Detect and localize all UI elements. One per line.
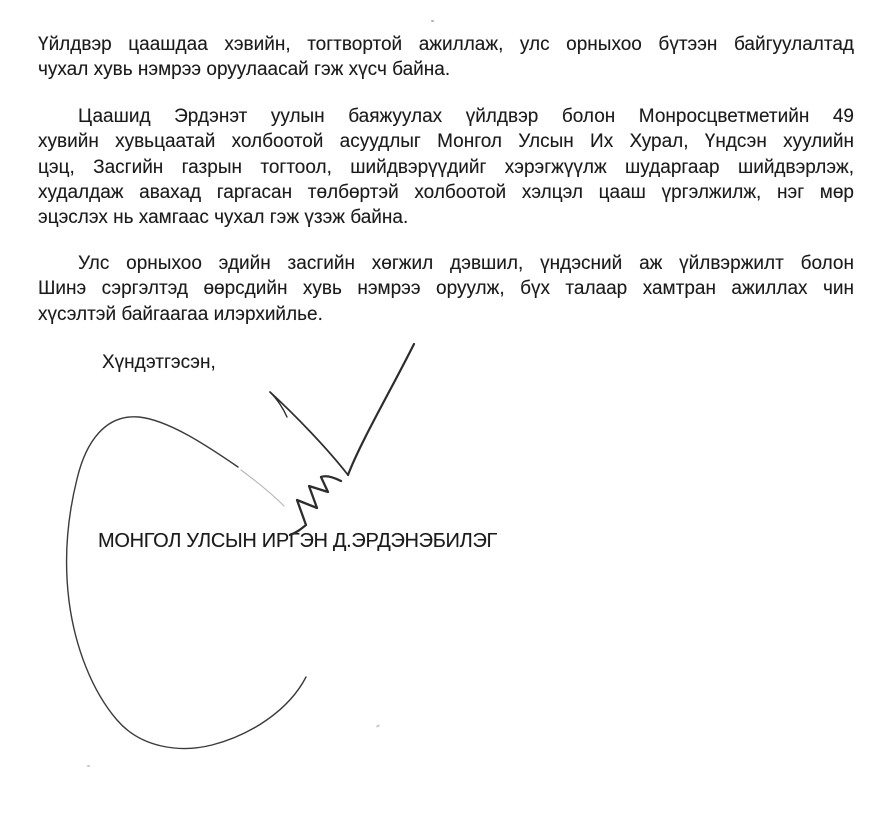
paragraph-line: чухал хувь нэмрээ оруулаасай гэж хүсч ба…: [38, 57, 854, 82]
letter-page: Үйлдвэр цаашдаа хэвийн, тогтвортой ажилл…: [0, 0, 894, 830]
paragraph-line: хүсэлтэй байгаагаа илэрхийлье.: [38, 302, 854, 327]
signature-squiggle-stroke: [290, 476, 341, 535]
scan-speck: [376, 724, 380, 728]
closing-salutation: Хүндэтгэсэн,: [102, 350, 216, 375]
signature-check-right-stroke: [348, 344, 414, 475]
paragraph: Үйлдвэр цаашдаа хэвийн, тогтвортой ажилл…: [38, 32, 854, 83]
paragraph: Улс орныхоо эдийн засгийн хөгжил дэвшил,…: [38, 251, 854, 327]
signature-loop-stroke: [67, 417, 306, 749]
signature-check-left-stroke: [270, 392, 348, 475]
paragraph-line: эцэслэх нь хамгаас чухал гэж үзэж байна.: [38, 205, 854, 230]
paragraph-line: Шинэ сэргэлтэд өөрсдийн хувь нэмрээ оруу…: [38, 276, 854, 301]
signature-hook-stroke: [270, 392, 287, 417]
paragraph-line: Цаашид Эрдэнэт уулын баяжуулах үйлдвэр б…: [38, 104, 854, 129]
paragraph-line: худалдаж авахад гаргасан төлбөртэй холбо…: [38, 180, 854, 205]
paragraph-line: хувийн хувьцаатай холбоотой асуудлыг Мон…: [38, 129, 854, 154]
signer-name: МОНГОЛ УЛСЫН ИРГЭН Д.ЭРДЭНЭБИЛЭГ: [98, 529, 497, 554]
scan-speck: [431, 20, 434, 22]
scan-speck: [87, 765, 90, 767]
paragraph-line: Улс орныхоо эдийн засгийн хөгжил дэвшил,…: [38, 251, 854, 276]
paragraph-line: цэц, Засгийн газрын тогтоол, шийдвэрүүди…: [38, 155, 854, 180]
signature-faint-stroke: [241, 470, 284, 506]
paragraph: Цаашид Эрдэнэт уулын баяжуулах үйлдвэр б…: [38, 104, 854, 230]
paragraph-line: Үйлдвэр цаашдаа хэвийн, тогтвортой ажилл…: [38, 32, 854, 57]
